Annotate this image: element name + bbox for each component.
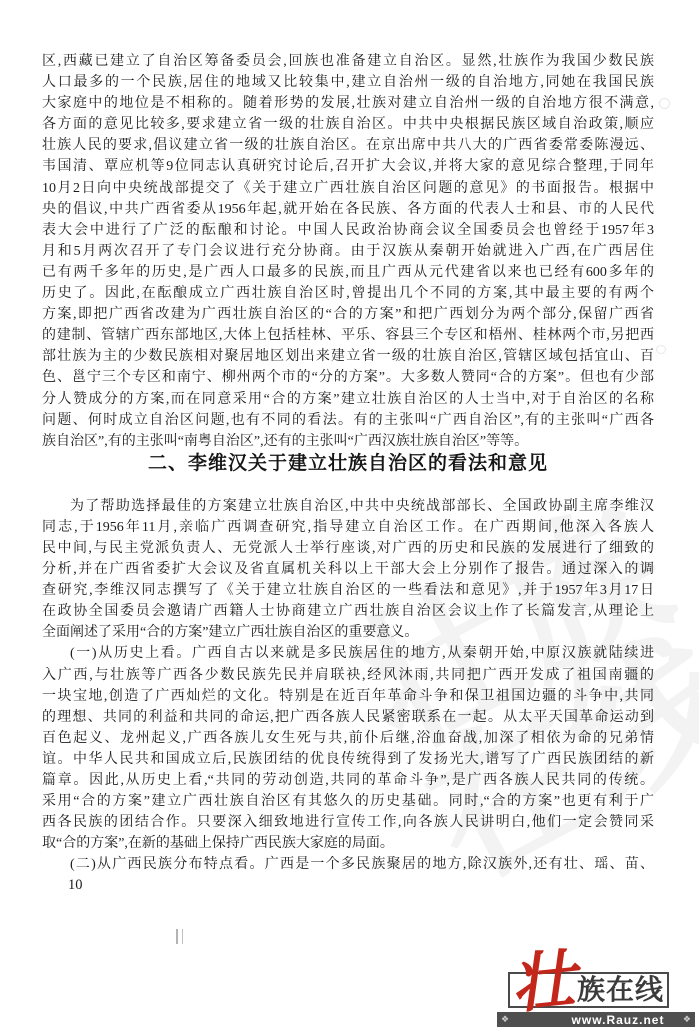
text-line: (二)从广西民族分布特点看。广西是一个多民族聚居的地方,除汉族外,还有壮、瑶、苗…	[42, 854, 654, 875]
text-line: 入广西,与壮族等广西各少数民族先民并肩联袂,经风沐雨,共同把广西开发成了祖国南疆…	[42, 665, 654, 686]
paragraph-1: 区,西藏已建立了自治区筹备委员会,回族也准备建立自治区。显然,壮族作为我国少数民…	[42, 51, 654, 452]
text-line: 族自治区”,有的主张叫“南粤自治区”,还有的主张叫“广西汉族壮族自治区”等等。	[42, 431, 654, 452]
text-line: 问题、何时成立自治区问题,也有不同的看法。有的主张叫“广西自治区”,有的主张叫“…	[42, 410, 654, 431]
text-line: 分人赞成分的方案,而在同意采用“合的方案”建立壮族自治区的人士当中,对于自治区的…	[42, 389, 654, 410]
text-line: 为了帮助选择最佳的方案建立壮族自治区,中共中央统战部部长、全国政协副主席李维汉	[42, 496, 654, 517]
text-line: 月和5月两次召开了专门会议进行充分协商。由于汉族从秦朝开始就进入广西,在广西居住	[42, 241, 654, 262]
text-line: 全面阐述了采用“合的方案”建立广西壮族自治区的重要意义。	[42, 622, 654, 643]
text-line: 壮族人民的要求,倡议建立省一级的壮族自治区。在京出席中共八大的广西省委常委陈漫远…	[42, 135, 654, 156]
text-line: 大家庭中的地位是不相称的。随着形势的发展,壮族对建立自治州一级的自治地方很不满意…	[42, 93, 654, 114]
body-text-block: 区,西藏已建立了自治区筹备委员会,回族也准备建立自治区。显然,壮族作为我国少数民…	[42, 51, 654, 897]
text-line: 韦国清、覃应机等9位同志认真研究讨论后,召开扩大会议,并将大家的意见综合整理,于…	[42, 156, 654, 177]
text-line: (一)从历史上看。广西自古以来就是多民族居住的地方,从秦朝开始,中原汉族就陆续进	[42, 643, 654, 664]
text-line: 人口最多的一个民族,居住的地域又比较集中,建立自治州一级的自治地方,同她在我国民…	[42, 72, 654, 93]
text-line: 历史了。因此,在酝酿成立广西壮族自治区时,曾提出几个不同的方案,其中最主要的有两…	[42, 283, 654, 304]
text-line: 10月2日向中央统战部提交了《关于建立广西壮族自治区问题的意见》的书面报告。根据…	[42, 178, 654, 199]
text-line: 色、邕宁三个专区和南宁、柳州两个市的“分的方案”。大多数人赞同“合的方案”。但也…	[42, 367, 654, 388]
text-line: 分析,并在广西省委扩大会议及省直属机关科以上干部大会上分别作了报告。通过深入的调	[42, 559, 654, 580]
text-line: 采用“合的方案”建立广西壮族自治区有其悠久的历史基础。同时,“合的方案”也更有利…	[42, 791, 654, 812]
rauz-watermark-logo: 族在线 ❖ www.Rauz.net ❖ 壮	[497, 955, 695, 1032]
text-line: 取“合的方案”,在新的基础上保持广西民族大家庭的局面。	[42, 833, 654, 854]
paragraph-3: (一)从历史上看。广西自古以来就是多民族居住的地方,从秦朝开始,中原汉族就陆续进…	[42, 643, 654, 854]
diamond-ornament-icon: ❖	[501, 1012, 509, 1027]
text-line: 在政协全国委员会邀请广西籍人士协商建立广西壮族自治区会议上作了长篇发言,从理论上	[42, 601, 654, 622]
text-line: 各方面的意见比较多,要求建立省一级的壮族自治区。中共中央根据民族区域自治政策,顺…	[42, 114, 654, 135]
text-line: 谊。中华人民共和国成立后,民族团结的优良传统得到了发扬光大,谱写了广西民族团结的…	[42, 749, 654, 770]
text-line: 部壮族为主的少数民族相对聚居地区划出来建立省一级的壮族自治区,管辖区域包括宜山、…	[42, 346, 654, 367]
text-line: 表大会中进行了广泛的酝酿和讨论。中国人民政治协商会议全国委员会也曾经于1957年…	[42, 220, 654, 241]
text-line: 区,西藏已建立了自治区筹备委员会,回族也准备建立自治区。显然,壮族作为我国少数民…	[42, 51, 654, 72]
diamond-ornament-icon: ❖	[683, 1012, 691, 1027]
logo-title-text: 族在线	[577, 974, 664, 1006]
text-line: 民中间,与民主党派负责人、无党派人士举行座谈,对广西的历史和民族的发展进行了细致…	[42, 538, 654, 559]
text-line: 篇章。因此,从历史上看,“共同的劳动创造,共同的革命斗争”,是广西各族人民共同的…	[42, 770, 654, 791]
text-line: 的理想、共同的利益和共同的命运,把广西各族人民紧密联系在一起。从太平天国革命运动…	[42, 707, 654, 728]
scan-artifact-edge-mark	[656, 345, 666, 354]
text-line: 同志,于1956年11月,亲临广西调查研究,指导建立自治区工作。在广西期间,他深…	[42, 517, 654, 538]
text-line: 查研究,李维汉同志撰写了《关于建立壮族自治区的一些看法和意见》,并于1957年3…	[42, 580, 654, 601]
text-line: 方案,即把广西省改建为广西壮族自治区的“合的方案”和把广西划分为两个部分,保留广…	[42, 304, 654, 325]
paragraph-4: (二)从广西民族分布特点看。广西是一个多民族聚居的地方,除汉族外,还有壮、瑶、苗…	[42, 854, 654, 875]
text-line: 西各民族的团结合作。只要深入细致地进行宣传工作,向各族人民讲明白,他们一定会赞同…	[42, 812, 654, 833]
scanned-book-page: 壮族 在线 区,西藏已建立了自治区筹备委员会,回族也准备建立自治区。显然,壮族作…	[0, 0, 699, 1034]
text-line: 的建制、管辖广西东部地区,大体上包括桂林、平乐、容县三个专区和梧州、桂林两个市,…	[42, 325, 654, 346]
text-line: 一块宝地,创造了广西灿烂的文化。特别是在近百年革命斗争和保卫祖国边疆的斗争中,共…	[42, 686, 654, 707]
text-line: 已有两千多年的历史,是广西人口最多的民族,而且广西从元代建省以来也已经有600多…	[42, 262, 654, 283]
text-line: 百色起义、龙州起义,广西各族儿女生死与共,前仆后继,浴血奋战,加深了相依为命的兄…	[42, 728, 654, 749]
logo-calligraphy-char: 壮	[508, 946, 579, 1020]
paragraph-2: 为了帮助选择最佳的方案建立壮族自治区,中共中央统战部部长、全国政协副主席李维汉同…	[42, 496, 654, 644]
scan-artifact-edge-mark	[659, 98, 670, 109]
scan-artifact-tick	[176, 929, 183, 944]
text-line: 央的倡议,中共广西省委从1956年起,就开始在各民族、各方面的代表人士和县、市的…	[42, 199, 654, 220]
page-number: 10	[42, 875, 654, 896]
logo-url-text: www.Rauz.net	[572, 1013, 665, 1027]
section-heading: 二、李维汉关于建立壮族自治区的看法和意见	[42, 452, 654, 476]
